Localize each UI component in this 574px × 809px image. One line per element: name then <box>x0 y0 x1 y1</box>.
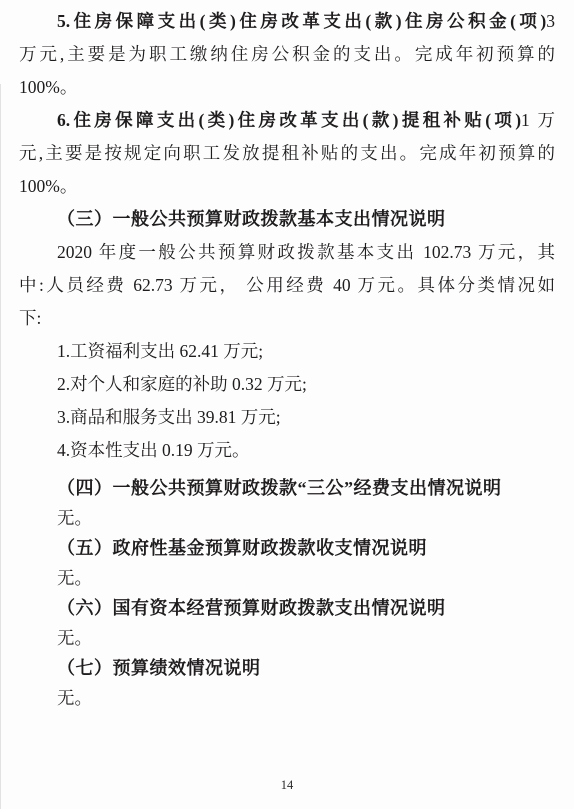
paragraph-item-6: 6.住房保障支出(类)住房改革支出(款)提租补贴(项)1 万 元,主要是按规定向… <box>19 104 555 203</box>
section-3-line-1: 2020 年度一般公共预算财政拨款基本支出 102.73 万元，其 <box>19 236 555 269</box>
section-4: （四）一般公共预算财政拨款“三公”经费支出情况说明 无。 <box>19 473 555 533</box>
paragraph-5-line-2: 万元,主要是为职工缴纳住房公积金的支出。完成年初预算的 <box>19 38 555 71</box>
paragraph-6-lead: 6.住房保障支出(类)住房改革支出(款)提租补贴(项) <box>57 110 521 130</box>
section-5-body: 无。 <box>19 563 555 593</box>
section-4-body: 无。 <box>19 503 555 533</box>
page-number: 14 <box>0 778 574 793</box>
list-item-3: 3.商品和服务支出 39.81 万元; <box>19 401 555 434</box>
paragraph-item-5: 5.住房保障支出(类)住房改革支出(款)住房公积金(项)3 万元,主要是为职工缴… <box>19 5 555 104</box>
document-page: 5.住房保障支出(类)住房改革支出(款)住房公积金(项)3 万元,主要是为职工缴… <box>0 0 574 809</box>
paragraph-6-lead-value: 1 万 <box>521 110 555 130</box>
paragraph-6-line-2: 元,主要是按规定向职工发放提租补贴的支出。完成年初预算的 <box>19 137 555 170</box>
section-6: （六）国有资本经营预算财政拨款支出情况说明 无。 <box>19 593 555 653</box>
paragraph-5-lead: 5.住房保障支出(类)住房改革支出(款)住房公积金(项) <box>57 11 546 31</box>
list-item-4: 4.资本性支出 0.19 万元。 <box>19 434 555 467</box>
paragraph-6-line-1: 6.住房保障支出(类)住房改革支出(款)提租补贴(项)1 万 <box>19 104 555 137</box>
section-3-heading: （三）一般公共预算财政拨款基本支出情况说明 <box>19 203 555 236</box>
paragraph-5-line-1: 5.住房保障支出(类)住房改革支出(款)住房公积金(项)3 <box>19 5 555 38</box>
paragraph-6-line-3: 100%。 <box>19 170 555 203</box>
section-5: （五）政府性基金预算财政拨款收支情况说明 无。 <box>19 533 555 593</box>
section-5-heading: （五）政府性基金预算财政拨款收支情况说明 <box>19 533 555 563</box>
section-7-heading: （七）预算绩效情况说明 <box>19 653 555 683</box>
section-7-body: 无。 <box>19 683 555 713</box>
paragraph-5-line-3: 100%。 <box>19 71 555 104</box>
list-item-1: 1.工资福利支出 62.41 万元; <box>19 335 555 368</box>
section-4-heading: （四）一般公共预算财政拨款“三公”经费支出情况说明 <box>19 473 555 503</box>
section-7: （七）预算绩效情况说明 无。 <box>19 653 555 713</box>
list-item-2: 2.对个人和家庭的补助 0.32 万元; <box>19 368 555 401</box>
section-6-heading: （六）国有资本经营预算财政拨款支出情况说明 <box>19 593 555 623</box>
section-3: （三）一般公共预算财政拨款基本支出情况说明 2020 年度一般公共预算财政拨款基… <box>19 203 555 467</box>
section-3-line-2: 中:人员经费 62.73 万元， 公用经费 40 万元。具体分类情况如 <box>19 269 555 302</box>
section-3-line-3: 下: <box>19 302 555 335</box>
section-6-body: 无。 <box>19 623 555 653</box>
tail-sections: （四）一般公共预算财政拨款“三公”经费支出情况说明 无。 （五）政府性基金预算财… <box>19 473 555 713</box>
document-body: 5.住房保障支出(类)住房改革支出(款)住房公积金(项)3 万元,主要是为职工缴… <box>0 0 574 713</box>
paragraph-5-lead-value: 3 <box>546 11 555 31</box>
